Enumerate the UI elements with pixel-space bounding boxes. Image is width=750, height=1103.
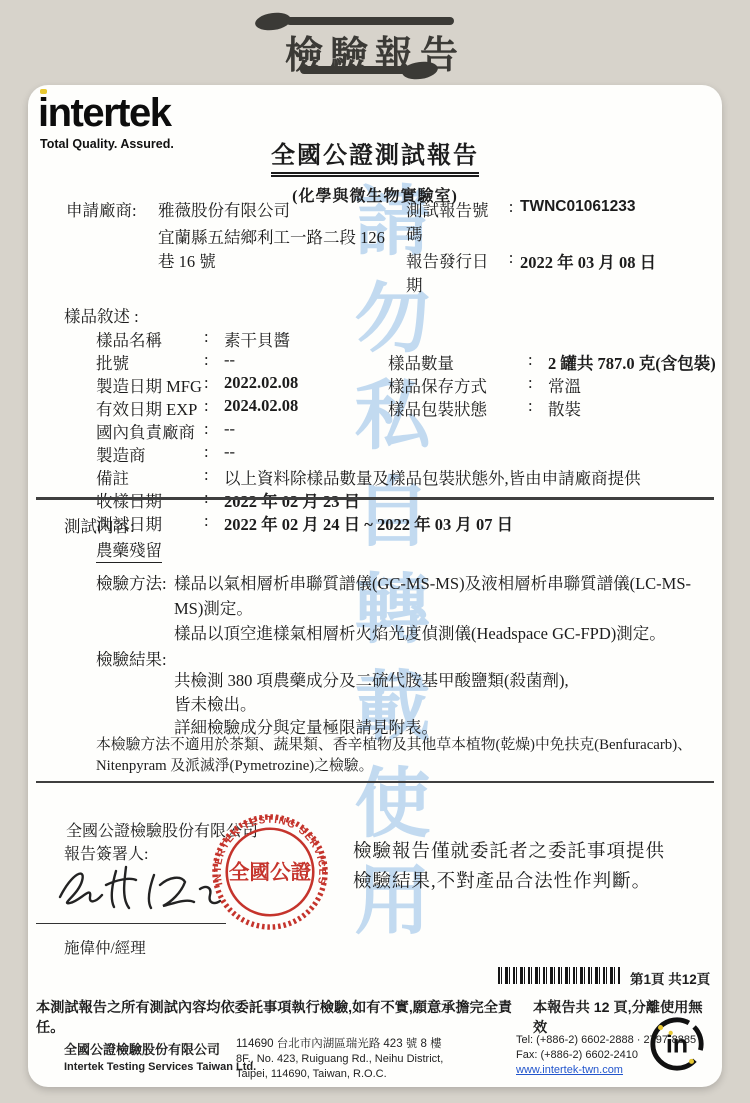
result-block: 共檢測 380 項農藥成分及二硫代胺基甲酸鹽類(殺菌劑), 皆未檢出。 詳細檢驗… xyxy=(174,669,569,740)
applicant-label: 申請廠商: xyxy=(66,197,148,221)
footer-company-zh: 全國公證檢驗股份有限公司 xyxy=(64,1039,256,1058)
sample-row: 製造商:-- xyxy=(28,442,722,465)
issue-date-label: 報告發行日期 xyxy=(406,248,502,296)
sample-rows: 樣品名稱:素干貝醬 批號:-- 樣品數量:2 罐共 787.0 克(含包裝) 製… xyxy=(28,327,722,534)
issue-date-value: 2022 年 03 月 08 日 xyxy=(520,248,656,296)
sample-row: 樣品名稱:素干貝醬 xyxy=(28,327,722,350)
method-label: 檢驗方法: xyxy=(96,571,174,646)
stamp-center-text: 全國公證 xyxy=(229,860,312,884)
signer-name-title: 施偉仲/經理 xyxy=(64,936,146,958)
report-no-value: TWNC01061233 xyxy=(520,197,635,245)
footer-address-en1: 8F., No. 423, Ruiguang Rd., Neihu Distri… xyxy=(236,1052,443,1067)
sample-row: 備註:以上資料除樣品數量及樣品包裝狀態外,皆由申請廠商提供 xyxy=(28,465,722,488)
responsibility-statement: 本測試報告之所有測試內容均依委託事項執行檢驗,如有不實,願意承擔完全責任。 本報… xyxy=(36,997,714,1037)
intertek-circle-icon: in xyxy=(648,1015,706,1073)
sample-row: 有效日期 EXP:2024.02.08 樣品包裝狀態:散裝 xyxy=(28,396,722,419)
method-line2: 樣品以頂空進樣氣相層析火焰光度偵測儀(Headspace GC-FPD)測定。 xyxy=(174,624,666,643)
report-page: 檢驗報告 請勿私自轉載使用 intertek Total Quality. As… xyxy=(0,0,750,1103)
footer-company-en: Intertek Testing Services Taiwan Ltd. xyxy=(64,1061,256,1073)
page-number: 第1頁 共12頁 xyxy=(630,968,710,988)
result-label: 檢驗結果: xyxy=(96,646,167,670)
sample-row: 批號:-- 樣品數量:2 罐共 787.0 克(含包裝) xyxy=(28,350,722,373)
footer-address-en2: Taipei, 114690, Taiwan, R.O.C. xyxy=(236,1067,443,1082)
test-category: 農藥殘留 xyxy=(96,537,162,563)
intertek-logo: intertek xyxy=(38,91,171,136)
test-section-title: 測試內容: xyxy=(64,513,135,537)
method-block: 檢驗方法: 樣品以氣相層析串聯質譜儀(GC-MS-MS)及液相層析串聯質譜儀(L… xyxy=(96,571,696,646)
report-title: 全國公證測試報告 xyxy=(271,135,479,177)
company-stamp: INTERTEK TESTING SERVICES TAIWAN LTD. 全國… xyxy=(211,813,329,931)
applicant-name: 雅薇股份有限公司 xyxy=(158,197,290,221)
sample-row: 製造日期 MFG:2022.02.08 樣品保存方式:常溫 xyxy=(28,373,722,396)
report-card: 請勿私自轉載使用 intertek Total Quality. Assured… xyxy=(28,85,722,1087)
sample-row: 國內負責廠商:-- xyxy=(28,419,722,442)
barcode xyxy=(498,967,620,984)
method-line1: 樣品以氣相層析串聯質譜儀(GC-MS-MS)及液相層析串聯質譜儀(LC-MS-M… xyxy=(174,574,691,618)
divider xyxy=(36,781,714,783)
svg-text:in: in xyxy=(666,1031,688,1059)
result-line2: 皆未檢出。 xyxy=(174,693,569,717)
signature-image xyxy=(50,855,230,917)
banner: 檢驗報告 xyxy=(0,0,750,85)
divider xyxy=(36,497,714,500)
footer-address-zh: 114690 台北市內湖區瑞光路 423 號 8 樓 xyxy=(236,1037,443,1052)
report-no-label: 測試報告號碼 xyxy=(406,197,502,245)
signature-line xyxy=(36,923,226,924)
method-note: 本檢驗方法不適用於茶類、蔬果類、香辛植物及其他草本植物(乾燥)中免扶克(Benf… xyxy=(96,735,704,777)
applicant-address: 宜蘭縣五結鄉利工一路二段 126 巷 16 號 xyxy=(158,224,396,272)
sample-section-title: 樣品敘述 : xyxy=(64,303,139,327)
result-line1: 共檢測 380 項農藥成分及二硫代胺基甲酸鹽類(殺菌劑), xyxy=(174,669,569,693)
result-disclaimer: 檢驗報告僅就委託者之委託事項提供 檢驗結果,不對產品合法性作判斷。 xyxy=(353,837,665,897)
